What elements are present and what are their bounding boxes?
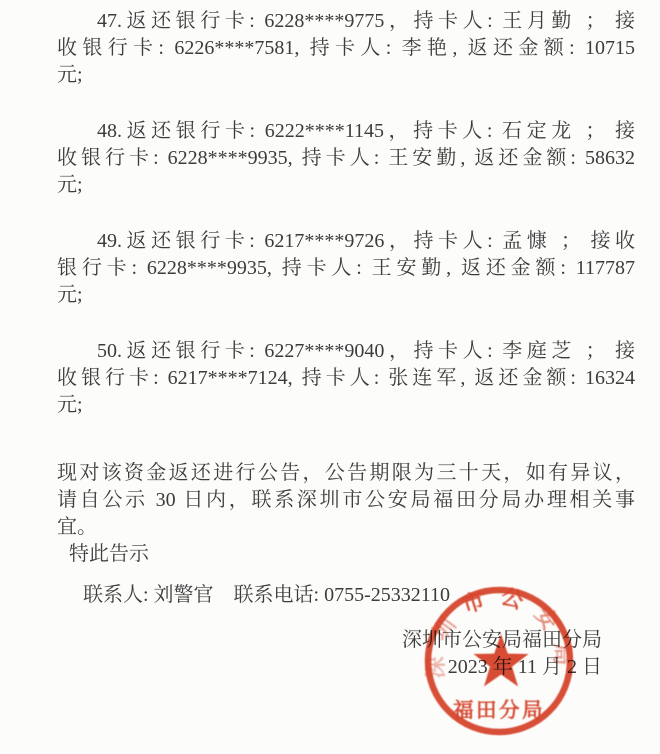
refund-item-line: 收银行卡: 6217****7124, 持卡人: 张连军, 返还金额: 1632…: [57, 365, 635, 392]
refund-item-line: 收银行卡: 6228****9935, 持卡人: 王安勤, 返还金额: 5863…: [57, 145, 635, 172]
issue-date: 2023 年 11 月 2 日: [57, 654, 602, 681]
refund-item-line: 49.返还银行卡: 6217****9726，持卡人: 孟慷 ； 接收: [57, 228, 635, 255]
signature-block: 深圳市公安局福田分局 2023 年 11 月 2 日: [57, 627, 635, 681]
refund-item-line: 元;: [57, 392, 635, 419]
refund-item-47: 47.返还银行卡: 6228****9775，持卡人: 王月勤 ； 接 收银行卡…: [57, 8, 635, 89]
refund-item-line: 收银行卡: 6226****7581, 持卡人: 李艳, 返还金额: 10715: [57, 35, 635, 62]
refund-item-line: 47.返还银行卡: 6228****9775，持卡人: 王月勤 ； 接: [57, 8, 635, 35]
seal-bottom-text: 福田分局: [452, 698, 545, 722]
refund-item-48: 48.返还银行卡: 6222****1145，持卡人: 石定龙 ； 接 收银行卡…: [57, 118, 635, 199]
closing-paragraph: 现对该资金返还进行公告，公告期限为三十天，如有异议， 请自公示 30 日内，联系…: [57, 460, 635, 568]
closing-line: 现对该资金返还进行公告，公告期限为三十天，如有异议，: [57, 460, 635, 487]
refund-item-line: 元;: [57, 282, 635, 309]
refund-item-49: 49.返还银行卡: 6217****9726，持卡人: 孟慷 ； 接收 银行卡:…: [57, 228, 635, 309]
issuer-name: 深圳市公安局福田分局: [57, 627, 602, 654]
refund-item-line: 元;: [57, 62, 635, 89]
hereby-notice: 特此告示: [57, 541, 635, 568]
refund-item-line: 元;: [57, 172, 635, 199]
contact-line: 联系人: 刘警官 联系电话: 0755-25332110: [57, 582, 635, 609]
refund-item-line: 48.返还银行卡: 6222****1145，持卡人: 石定龙 ； 接: [57, 118, 635, 145]
refund-item-line: 50.返还银行卡: 6227****9040，持卡人: 李庭芝 ； 接: [57, 338, 635, 365]
refund-item-50: 50.返还银行卡: 6227****9040，持卡人: 李庭芝 ； 接 收银行卡…: [57, 338, 635, 419]
refund-item-line: 银行卡: 6228****9935, 持卡人: 王安勤, 返还金额: 11778…: [57, 255, 635, 282]
notice-page: 47.返还银行卡: 6228****9775，持卡人: 王月勤 ； 接 收银行卡…: [0, 0, 660, 754]
closing-line: 请自公示 30 日内，联系深圳市公安局福田分局办理相关事: [57, 487, 635, 514]
closing-line: 宜。: [57, 514, 635, 541]
